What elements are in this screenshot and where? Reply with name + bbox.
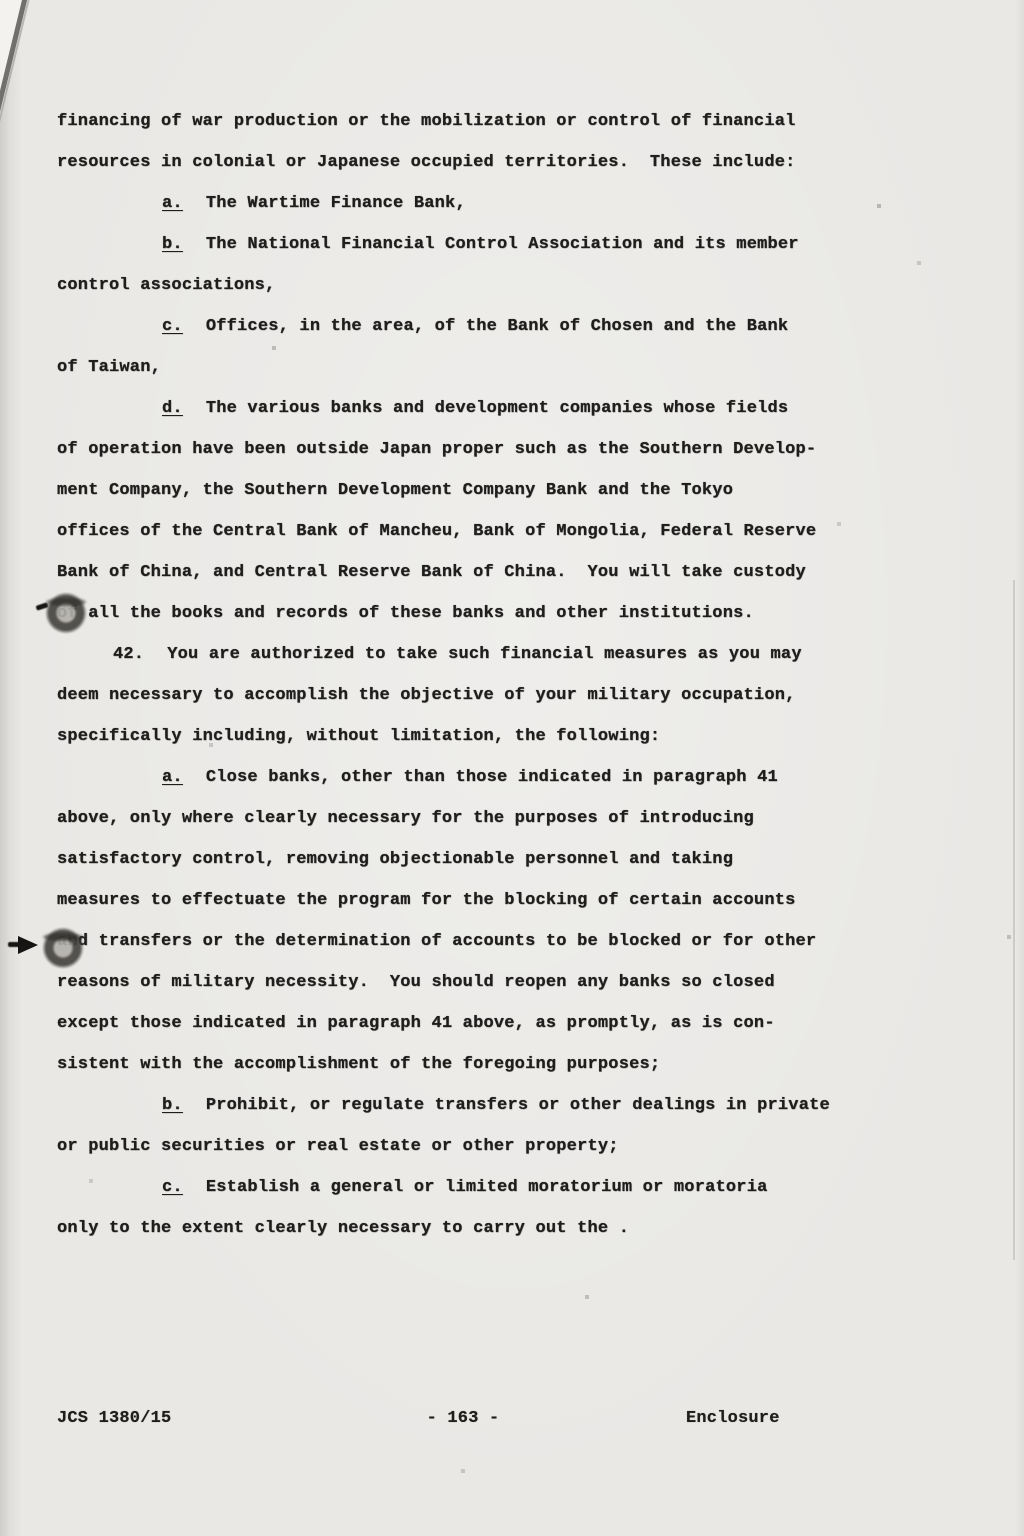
line-text: resources in colonial or Japanese occupi… xyxy=(57,153,796,172)
line-text: You are authorized to take such financia… xyxy=(167,645,802,664)
line-text: ment Company, the Southern Development C… xyxy=(57,481,733,500)
line-text: only to the extent clearly necessary to … xyxy=(57,1219,629,1238)
hole-punch-mark-top xyxy=(44,592,88,634)
line-text: of operation have been outside Japan pro… xyxy=(57,440,816,459)
list-item-line: a.The Wartime Finance Bank, xyxy=(57,183,977,224)
text-line: only to the extent clearly necessary to … xyxy=(57,1208,977,1249)
line-text: Close banks, other than those indicated … xyxy=(206,768,778,787)
text-line: except those indicated in paragraph 41 a… xyxy=(57,1003,977,1044)
footer-enclosure-label: Enclosure xyxy=(686,1398,780,1439)
list-item-line: b.The National Financial Control Associa… xyxy=(57,224,977,265)
page-footer: JCS 1380/15 - 163 - Enclosure xyxy=(0,1398,1024,1439)
margin-arrow-tail xyxy=(8,942,20,947)
line-text: Establish a general or limited moratoriu… xyxy=(206,1178,768,1197)
page-corner-edge xyxy=(0,0,60,160)
list-item-line: c.Offices, in the area, of the Bank of C… xyxy=(57,306,977,347)
paragraph-start-line: 42.You are authorized to take such finan… xyxy=(57,634,977,675)
list-letter: b. xyxy=(162,1096,183,1115)
line-text: of all the books and records of these ba… xyxy=(57,604,754,623)
paper-crease-line xyxy=(1013,580,1015,1260)
text-line: of all the books and records of these ba… xyxy=(57,593,977,634)
list-item-line: b.Prohibit, or regulate transfers or oth… xyxy=(57,1085,977,1126)
text-line: ment Company, the Southern Development C… xyxy=(57,470,977,511)
line-text: control associations, xyxy=(57,276,275,295)
line-text: sistent with the accomplishment of the f… xyxy=(57,1055,660,1074)
scanned-document-page: financing of war production or the mobil… xyxy=(0,0,1024,1536)
list-letter: c. xyxy=(162,317,183,336)
line-text: and transfers or the determination of ac… xyxy=(57,932,816,951)
footer-page-number: - 163 - xyxy=(388,1398,538,1439)
line-text: The various banks and development compan… xyxy=(206,399,789,418)
text-line: control associations, xyxy=(57,265,977,306)
text-line: specifically including, without limitati… xyxy=(57,716,977,757)
document-body: financing of war production or the mobil… xyxy=(57,101,977,1249)
line-text: deem necessary to accomplish the objecti… xyxy=(57,686,796,705)
text-line: resources in colonial or Japanese occupi… xyxy=(57,142,977,183)
text-line: financing of war production or the mobil… xyxy=(57,101,977,142)
line-text: Prohibit, or regulate transfers or other… xyxy=(206,1096,830,1115)
text-line: of operation have been outside Japan pro… xyxy=(57,429,977,470)
margin-arrow-mark xyxy=(18,936,38,954)
list-letter: b. xyxy=(162,235,183,254)
paragraph-number: 42. xyxy=(113,645,144,664)
line-text: The Wartime Finance Bank, xyxy=(206,194,466,213)
line-text: or public securities or real estate or o… xyxy=(57,1137,619,1156)
line-text: financing of war production or the mobil… xyxy=(57,112,796,131)
line-text: measures to effectuate the program for t… xyxy=(57,891,796,910)
text-line: reasons of military necessity. You shoul… xyxy=(57,962,977,1003)
text-line: deem necessary to accomplish the objecti… xyxy=(57,675,977,716)
text-line: satisfactory control, removing objection… xyxy=(57,839,977,880)
list-item-line: a.Close banks, other than those indicate… xyxy=(57,757,977,798)
line-text: specifically including, without limitati… xyxy=(57,727,660,746)
text-line: and transfers or the determination of ac… xyxy=(57,921,977,962)
text-line: of Taiwan, xyxy=(57,347,977,388)
list-item-line: d.The various banks and development comp… xyxy=(57,388,977,429)
text-line: sistent with the accomplishment of the f… xyxy=(57,1044,977,1085)
list-letter: a. xyxy=(162,768,183,787)
hole-punch-mark-bottom xyxy=(41,927,85,969)
line-text: Bank of China, and Central Reserve Bank … xyxy=(57,563,806,582)
line-text: The National Financial Control Associati… xyxy=(206,235,799,254)
text-line: Bank of China, and Central Reserve Bank … xyxy=(57,552,977,593)
text-line: above, only where clearly necessary for … xyxy=(57,798,977,839)
line-text: reasons of military necessity. You shoul… xyxy=(57,973,775,992)
list-item-line: c.Establish a general or limited morator… xyxy=(57,1167,977,1208)
text-line: measures to effectuate the program for t… xyxy=(57,880,977,921)
text-line: or public securities or real estate or o… xyxy=(57,1126,977,1167)
paper-specks xyxy=(0,0,2,2)
line-text: above, only where clearly necessary for … xyxy=(57,809,754,828)
list-letter: d. xyxy=(162,399,183,418)
footer-doc-number: JCS 1380/15 xyxy=(57,1398,171,1439)
line-text: Offices, in the area, of the Bank of Cho… xyxy=(206,317,789,336)
line-text: of Taiwan, xyxy=(57,358,161,377)
line-text: offices of the Central Bank of Mancheu, … xyxy=(57,522,816,541)
line-text: satisfactory control, removing objection… xyxy=(57,850,733,869)
list-letter: a. xyxy=(162,194,183,213)
line-text: except those indicated in paragraph 41 a… xyxy=(57,1014,775,1033)
list-letter: c. xyxy=(162,1178,183,1197)
text-line: offices of the Central Bank of Mancheu, … xyxy=(57,511,977,552)
